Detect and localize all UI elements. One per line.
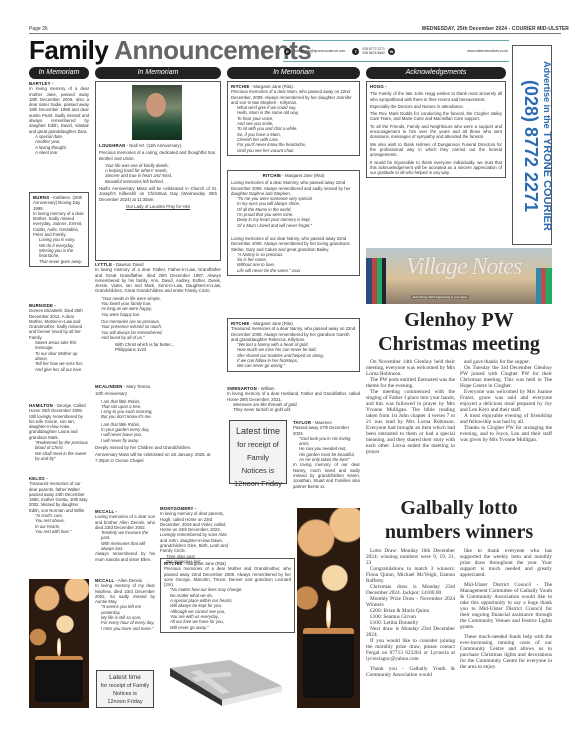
deadline-notice-1: Latest time for receipt of Family Notice…: [96, 670, 154, 708]
ack-paragraph: The Rev. Mark Dodds for conducting the f…: [370, 111, 502, 122]
article-glenhoy-col-right: and gave thanks for the supper. On Tuesd…: [460, 359, 552, 443]
article-galbally-col-right: like to thank everyone who has supported…: [460, 548, 552, 670]
article-paragraph: These much-needed funds help with the ev…: [460, 634, 552, 670]
verse-line: To our dear Mother up above,: [29, 351, 89, 362]
advertise-phone: (028) 8772 2271: [521, 48, 541, 244]
ack-paragraph: To all the Friends, Family and Neighbour…: [370, 124, 502, 140]
verse-line: "Redeemed by the precious blood of Chris…: [29, 440, 89, 451]
notice-text: In loving memory of my dear Nephew, died…: [95, 583, 155, 604]
notice-text: Anniversary Mass will be celebrated on 1…: [95, 452, 221, 463]
deadline-line: for receipt of Family: [97, 682, 153, 690]
notice-subtitle: - Margaret Jane (Rita).: [250, 84, 294, 89]
verse-line: We shall meet in the sweet by-and-by": [29, 451, 89, 462]
deadline-line: 12noon Friday: [97, 698, 153, 706]
verse-line: Will never go away.": [164, 625, 291, 630]
portrait-face: [146, 93, 166, 117]
notice-text: In loving memory of a dear Husband, Fath…: [227, 391, 360, 402]
article-paragraph: The meeting commenced with the singing o…: [366, 389, 455, 455]
notice-subtitle: - Margaret Jane (Rita): [183, 561, 226, 566]
article-paragraph: Thanks to Clogher PW for arranging the e…: [460, 425, 552, 443]
ack-paragraph: Especially the Doctors and Nurses in att…: [370, 104, 502, 109]
notice-name: HOGG -: [370, 84, 387, 89]
article-paragraph: The PW pods entitled Entrusted was the t…: [366, 377, 455, 389]
article-glenhoy-headline: Glenhoy PW Christmas meeting: [366, 308, 552, 356]
notice-text: Still lovingly remembered by his wife Gr…: [29, 414, 89, 440]
notice-text: In loving memory of dear parents, Hugh, …: [160, 511, 232, 553]
phone-2[interactable]: 028 8676 6682: [362, 51, 385, 56]
notice-kelso: KELSO - Treasured memories of our dear p…: [29, 476, 89, 534]
notice-name: RITCHIE: [263, 173, 282, 178]
verse-line: Missing you is the heartache,: [33, 248, 85, 259]
verse-line: Tell her how we miss her,: [29, 361, 89, 366]
article-paragraph: Next draw is Monday 23rd December 2024.: [366, 626, 455, 638]
candle-photo-2: [297, 508, 360, 708]
article-glenhoy-col-left: On November 14th Glenhoy held their meet…: [366, 359, 455, 455]
scripture-line: Philippians 1v23: [115, 347, 221, 352]
article-galbally-col-left: Lotto Draw: Monday 16th December 2024: w…: [366, 548, 455, 678]
section-header-acknowledgements: Acknowledgements: [366, 67, 506, 79]
notice-text: Precious memories of a dear Mum, who pas…: [231, 89, 356, 105]
dateline: WEDNESDAY, 25th December 2024 - COURIER …: [422, 26, 569, 32]
candle-cup: [35, 656, 83, 701]
loughran-body: LOUGHRAN - Niall Art. (11th Anniversary)…: [99, 143, 217, 211]
notice-lyttle: LYTTLE - Dawson David In loving memory o…: [95, 262, 221, 353]
article-paragraph: Mid-Ulster District Council - The Manage…: [460, 582, 552, 630]
notice-text: Treasured memories of a dear Nanny, who …: [231, 326, 356, 342]
notice-name: RITCHIE: [164, 561, 183, 566]
page-title: Family Announcements: [29, 36, 311, 64]
deadline-line: Notices is: [230, 464, 286, 477]
page-number: Page 26: [29, 26, 48, 32]
verse-line: They never tarnish or gold old.: [227, 407, 360, 412]
notice-name: SWENARTON: [227, 386, 257, 391]
notice-swenarton: SWENARTON - William In loving memory of …: [227, 386, 360, 412]
houses-right: [536, 268, 552, 304]
notice-name: BURNS: [33, 195, 49, 200]
notice-bartley: BARTLEY - In loving memory of a dear mot…: [29, 81, 89, 155]
verse-line: Sweet Jesus take this message,: [29, 340, 89, 351]
deadline-line: Notices is: [97, 690, 153, 698]
article-paragraph: Monthly Prize Draw - November 2024 Winne…: [366, 596, 455, 608]
web-icon: W: [388, 48, 395, 55]
notice-text: Loving memories of our dear Nanny, who p…: [231, 236, 356, 252]
candle-cup: [303, 628, 353, 698]
title-announcements: Announcements: [114, 35, 311, 65]
notice-name: MCCALL -: [95, 509, 117, 514]
verse-line: Beautiful memories left behind.: [99, 179, 217, 184]
verse-line: Until you see her vacant chair.: [231, 148, 356, 153]
candle-flame: [57, 638, 62, 656]
advertise-line-1a: Advertise in the: [542, 61, 552, 129]
notice-name: TAYLOR: [293, 420, 311, 425]
website-link[interactable]: www.ulsternetnotices.co.uk: [467, 49, 508, 53]
notice-subtitle: - William: [257, 386, 275, 391]
article-paragraph: Christmas draw is Monday 23rd December 2…: [366, 584, 455, 596]
article-paragraph: Thank you - Galbally Youth & Community A…: [366, 666, 455, 678]
notice-footer: Our Lady of Lourdes Pray for Him: [99, 204, 217, 209]
notice-name: MCCALL: [95, 578, 114, 583]
notice-name: MCALINDEN: [95, 384, 123, 389]
notice-text: Precious memories of a caring, dedicated…: [99, 150, 217, 161]
deadline-line: for receipt of Family: [230, 438, 286, 464]
headline-line: numbers winners: [366, 520, 552, 544]
title-family: Family: [29, 35, 108, 65]
notice-name: LYTTLE: [95, 262, 112, 267]
verse-line: And give her all our love.: [29, 367, 89, 372]
section-header-in-memoriam-1: In Memoriam: [29, 67, 89, 79]
deadline-notice-2: Latest time for receipt of Family Notice…: [229, 420, 287, 484]
email-link[interactable]: advertising@tyronecourier.uk.com: [294, 49, 345, 53]
deadline-line: 12noon Friday: [230, 477, 286, 490]
verse-line: Life will never be the same." xxxx: [231, 268, 356, 273]
verse-line: You were happy too.: [95, 312, 221, 317]
verse-line: A silent tear.: [29, 150, 89, 155]
notice-mcalinden: MCALINDEN - Mary Teresa 10th Anniversary…: [95, 384, 221, 465]
top-rule: [29, 33, 561, 34]
article-paragraph: like to thank everyone who has supported…: [460, 548, 552, 578]
portrait-photo: [132, 85, 182, 140]
ack-paragraph: It would be impossible to thank everyone…: [370, 160, 502, 176]
verse-line: For every hour of every day,: [95, 620, 155, 625]
notice-text: In loving memory of a dear Father, Fathe…: [95, 267, 221, 293]
verse-line: But you don't know it's me.: [95, 414, 221, 419]
section-header-in-memoriam-3: In Memoriam: [227, 67, 360, 79]
verse-line: Tenderly we treasure the past,: [95, 530, 155, 541]
village-notes-subtitle: Everything that's happening in your area: [411, 295, 469, 299]
notice-montgomery: MONTGOMERY - In loving memory of dear pa…: [160, 506, 286, 564]
notice-text: Doreen Elizabeth. Died 26th December 201…: [29, 308, 89, 340]
verse-line: "It seems you left me yesterday,: [95, 604, 155, 615]
notice-text: Treasured memories of our dear parents, …: [29, 481, 89, 513]
houses-left: [366, 258, 386, 304]
article-paragraph: On Tuesday the 3rd December Glenhoy PW j…: [460, 365, 552, 389]
email-icon: E: [284, 48, 291, 55]
notice-subtitle: - Allen Dennis: [114, 578, 142, 583]
advertise-text: Advertise in the TYRONE COURIER (028) 87…: [517, 48, 552, 244]
article-paragraph: Lotto Draw: Monday 16th December 2024: w…: [366, 548, 455, 566]
notice-text: Niall's Anniversary Mass will be celebra…: [99, 186, 217, 202]
notice-ritchie-2: RITCHIE - Margaret Jane (Rita) Loving me…: [227, 170, 360, 276]
article-paragraph: If you would like to consider joining th…: [366, 638, 455, 662]
village-notes-title: Village Notes: [406, 254, 521, 281]
notice-subtitle: - Margaret Jane (Rita): [250, 321, 293, 326]
headline-line: Glenhoy PW: [366, 308, 552, 332]
section-header-in-memoriam-2: In Memoriam: [95, 67, 221, 79]
notice-taylor: TAYLOR - Maureen Passed away 27th Decemb…: [293, 420, 360, 489]
notice-subtitle: - Maureen: [311, 420, 332, 425]
article-galbally-headline: Galbally lotto numbers winners: [366, 496, 552, 544]
notice-text: Loving memories of a dear son and brothe…: [95, 514, 155, 530]
notice-ritchie-4: RITCHIE - Margaret Jane (Rita) Precious …: [160, 558, 295, 633]
notice-name: RITCHIE: [231, 84, 250, 89]
notice-name: RITCHIE: [231, 321, 250, 326]
deadline-line: Latest time: [230, 425, 286, 438]
notice-subtitle: - Mary Teresa: [123, 384, 150, 389]
verse-line: You rest with love.": [29, 529, 89, 534]
verse-line: We can never go wrong.": [231, 363, 356, 368]
notice-name: MONTGOMERY -: [160, 506, 197, 511]
candle-flame: [326, 600, 331, 628]
notice-burns: BURNS - Kathleen. (25th Anniversary) Box…: [29, 192, 89, 267]
advertise-banner[interactable]: Advertise in the TYRONE COURIER (028) 87…: [512, 45, 552, 245]
phone-icon: T: [352, 48, 359, 55]
notice-burnside: BURNSIDE - Doreen Elizabeth. Died 26th D…: [29, 303, 89, 372]
phone-numbers: 028 8772 2271 028 8676 6682: [362, 47, 385, 56]
notice-loughran: LOUGHRAN - Niall Art. (11th Anniversary)…: [95, 81, 221, 261]
verse-line: "God took you in His loving arms,: [293, 436, 360, 447]
verse-line: Of a Mum I loved and will never forget.": [231, 223, 356, 228]
headline-line: Christmas meeting: [366, 332, 552, 356]
village-notes-banner: Village Notes Everything that's happenin…: [366, 248, 552, 304]
notice-text: Precious memories of a dear Mother and G…: [164, 566, 291, 587]
bible-icon: [160, 658, 285, 708]
ack-paragraph: The Family of the late John Hogg wishes …: [370, 91, 502, 102]
notice-text: Deeply missed by her Children and Grandc…: [95, 445, 221, 450]
notice-text: In loving memory of a dear Mother. Sadly…: [33, 211, 85, 237]
headline-line: Galbally lotto: [366, 496, 552, 520]
notice-name: BARTLEY -: [29, 81, 54, 86]
candle-photo: [29, 579, 89, 708]
anniversary-label: 10th Anniversary: [95, 391, 221, 396]
verse-line: I miss you more and more.": [95, 626, 155, 631]
verse-line: With memories that will always last.: [95, 541, 155, 552]
deadline-line: Latest time: [97, 674, 153, 682]
notice-name: KELSO -: [29, 476, 48, 481]
ack-paragraph: We also wish to thank Holmes of Dunganno…: [370, 142, 502, 158]
notice-mccall-2: MCCALL - Allen Dennis In loving memory o…: [95, 578, 155, 631]
notice-ritchie-1: RITCHIE - Margaret Jane (Rita). Precious…: [227, 81, 360, 156]
notice-hamilton: HAMILTON - George. Called Home 25th Dece…: [29, 403, 89, 461]
notice-subtitle: - Dawson David: [112, 262, 144, 267]
notice-name: HAMILTON: [29, 403, 53, 408]
scripture: With Christ which is far better... Phili…: [95, 342, 221, 353]
notice-text: Passed away 27th December 2023.: [293, 425, 360, 436]
article-paragraph: On November 14th Glenhoy held their meet…: [366, 359, 455, 377]
notice-name: LOUGHRAN: [99, 143, 125, 148]
verse-line: That never goes away.: [33, 259, 85, 264]
article-paragraph: A most enjoyable evening of friendship a…: [460, 413, 552, 425]
notice-text: In loving memory of our dear Nanny, much…: [293, 462, 360, 488]
advertise-line-1b: TYRONE COURIER: [541, 131, 552, 231]
notice-text: Loving memories of a dear Mummy, who pas…: [231, 180, 356, 196]
article-paragraph: Everyone was welcomed by Mrs Joanne Fraz…: [460, 389, 552, 413]
notice-ritchie-3: RITCHIE - Margaret Jane (Rita) Treasured…: [227, 318, 360, 372]
notice-text: Always remembered by his mum Sandra and …: [95, 551, 155, 562]
notice-subtitle: - Margaret Jane (Rita): [281, 173, 324, 178]
notice-text: In loving memory of a dear mother Jane, …: [29, 86, 89, 134]
verse-line: And loved by all of us.": [95, 335, 221, 340]
notice-subtitle: - Niall Art. (11th Anniversary).: [125, 143, 182, 148]
verse-line: I will never fly away.: [95, 438, 221, 443]
notice-mccall-1: MCCALL - Loving memories of a dear son a…: [95, 509, 155, 562]
article-paragraph: Congratulations to match 3 winners: Fion…: [366, 566, 455, 584]
notice-name: BURNSIDE -: [29, 303, 56, 308]
notice-hogg: HOGG - The Family of the late John Hogg …: [366, 81, 506, 178]
contact-strip: E advertising@tyronecourier.uk.com T 028…: [283, 40, 509, 62]
